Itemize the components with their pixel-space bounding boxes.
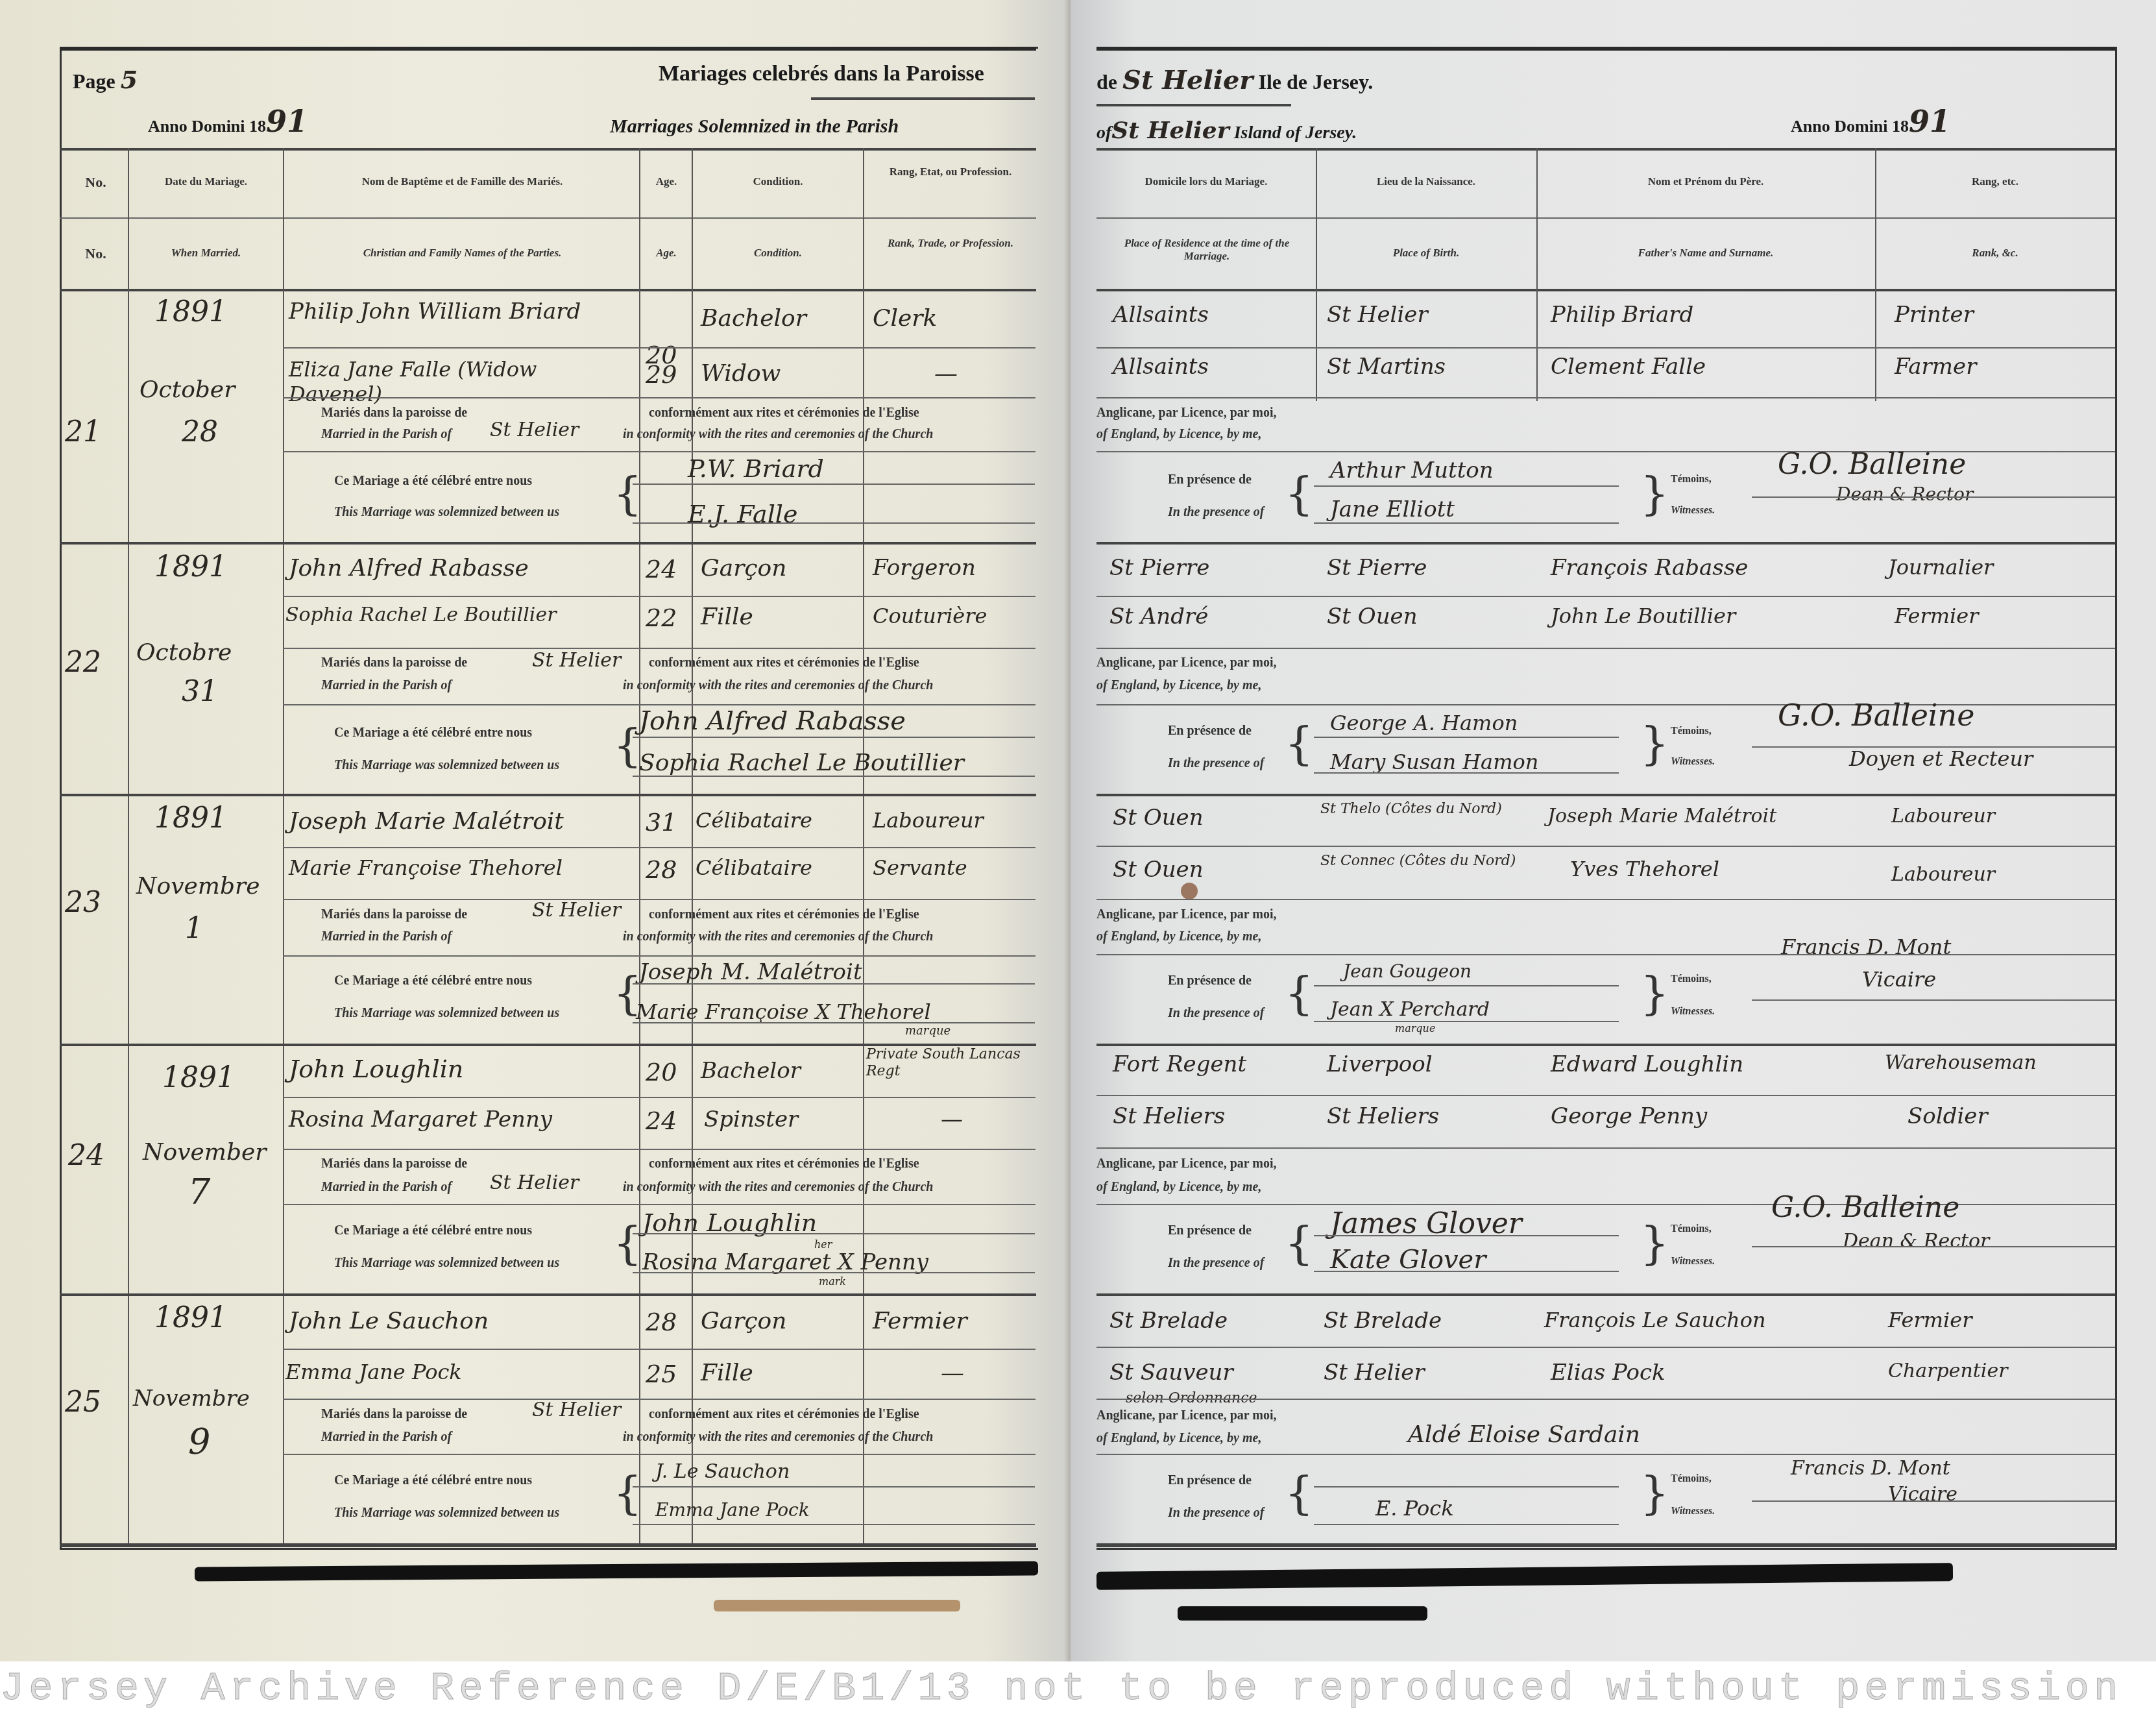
witnesses-label: Witnesses. [1671,505,1715,517]
witnesses-label: Witnesses. [1671,1256,1715,1267]
officiant-title: Dean & Rector [1836,484,1973,505]
sig-rule [1752,999,2115,1001]
brace: } [1640,467,1669,520]
row-rule [283,1097,1036,1098]
england-label: of England, by Licence, by me, [1096,1431,1261,1446]
anglicane-label: Anglicane, par Licence, par moi, [1096,1157,1277,1171]
page-number: 5 [121,65,138,94]
conformity-label: in conformity with the rites and ceremon… [623,427,933,442]
header-mid-rule [60,217,1036,219]
entry-number: 21 [65,415,101,448]
bride-residence: St Ouen [1113,857,1204,883]
right-page: de St Helier Ile de Jersey. ofSt Helier … [1071,0,2156,1661]
presence-fr-label: En présence de [1168,472,1252,487]
brace: { [613,719,642,772]
sig-rule [633,1272,1035,1273]
row-rule [1096,1347,2115,1348]
sig-rule [1314,737,1619,738]
row-rule [1096,1399,2115,1400]
entry-number: 24 [68,1139,104,1172]
sig-rule [1314,1486,1619,1488]
brace: } [1640,717,1669,770]
sig-rule [1314,1021,1619,1022]
header-rule [60,148,1036,151]
anglicane-label: Anglicane, par Licence, par moi, [1096,907,1277,922]
conformity-label: in conformity with the rites and ceremon… [623,1430,933,1445]
groom-profession: Forgeron [873,555,976,581]
entry-day: 28 [182,415,218,448]
col-header-condition-en: Condition. [693,247,863,260]
row-rule [1096,1147,2115,1149]
col-header-no-en: No. [65,245,127,262]
bride-mark-top-note: her [814,1238,832,1251]
title-en-left: Marriages Solemnized in the Parish [610,116,899,138]
solemnized-label: This Marriage was solemnized between us [334,1256,559,1271]
groom-signature: P.W. Briard [688,454,824,483]
celebre-label: Ce Mariage a été célébré entre nous [334,726,532,741]
groom-condition: Garçon [701,1308,786,1334]
entry-day: 1 [185,912,203,945]
bride-signature: Rosina Margaret X Penny [642,1249,928,1275]
row-rule [1096,846,2115,847]
sig-rule [1752,746,2115,748]
bride-residence: St Sauveur [1109,1360,1233,1386]
anno-domini-right: Anno Domini 1891 [1791,104,1950,139]
marriage-parish: St Helier [532,1399,621,1421]
col-header-age-en: Age. [641,247,692,260]
groom-birthplace: St Thelo (Côtes du Nord) [1320,802,1534,817]
celebre-label: Ce Mariage a été célébré entre nous [334,973,532,988]
sig-rule [1752,1246,2115,1247]
left-page: Page 5 Anno Domini 1891 Mariages celebré… [0,0,1071,1661]
sig-rule [633,484,1035,485]
conformity-label: in conformity with the rites and ceremon… [623,678,933,693]
marriage-parish: St Helier [532,649,621,672]
bride-signature: Sophia Rachel Le Boutillier [639,750,964,776]
maries-fr-label: Mariés dans la paroisse de [321,907,467,922]
groom-profession: Laboureur [873,808,984,833]
header-rule [1096,148,2115,151]
groom-profession: Fermier [873,1308,967,1334]
row-rule [283,1204,1036,1205]
bride-age: 24 [646,1107,677,1135]
row-rule [283,397,1036,398]
bride-age: 22 [646,604,677,632]
ink-strike [714,1600,960,1611]
groom-signature: John Alfred Rabasse [639,706,906,736]
row-rule [283,648,1036,649]
married-en-label: Married in the Parish of [321,1430,452,1445]
sig-rule [633,1233,1035,1234]
witness-2: Jane Elliott [1330,496,1455,522]
entry-day: 9 [188,1421,210,1462]
col-header-rank-fr: Rang, Etat, ou Profession. [866,165,1035,178]
entry-year: 1891 [154,802,227,835]
bride-profession: — [941,1107,963,1132]
bride-signature: Marie Françoise X Thehorel [636,999,931,1024]
entry-year: 1891 [154,550,227,583]
anno-domini-left: Anno Domini 1891 [148,104,308,139]
additional-signature: Aldé Eloise Sardain [1408,1421,1640,1448]
groom-profession: Clerk [873,305,937,332]
entry-year: 1891 [162,1061,235,1094]
row-rule [283,1399,1036,1400]
conformement-label: conformément aux rites et cérémonies de … [649,907,919,922]
title-fr-right: de St Helier Ile de Jersey. [1096,65,1373,95]
col-header-rank-en: Rank, Trade, or Profession. [866,237,1035,250]
entry-number: 22 [65,646,101,679]
temoins-label: Témoins, [1671,973,1712,985]
bride-mark-note: mark [819,1275,846,1288]
ink-stain [1181,883,1198,900]
bride-father-rank: Soldier [1908,1103,1988,1129]
presence-en-label: In the presence of [1168,1506,1264,1521]
row-rule [283,1349,1036,1350]
col-header-names-en: Christian and Family Names of the Partie… [285,247,639,260]
sig-rule [633,737,1035,738]
bride-profession: Servante [873,855,967,880]
row-rule [283,847,1036,848]
entry-year: 1891 [154,1301,227,1334]
entry-number: 23 [65,886,101,919]
entry-month: Octobre [136,639,232,666]
header-bottom-rule [60,289,1036,291]
groom-residence: St Brelade [1109,1308,1228,1334]
conformement-label: conformément aux rites et cérémonies de … [649,1407,919,1422]
anglicane-label: Anglicane, par Licence, par moi, [1096,1408,1277,1423]
row-rule [283,347,1036,349]
celebre-label: Ce Mariage a été célébré entre nous [334,1223,532,1238]
groom-father-rank: Warehouseman [1885,1051,2037,1074]
entry-day: 31 [182,675,218,708]
bride-age: 28 [646,855,677,884]
england-label: of England, by Licence, by me, [1096,1180,1261,1195]
row-rule [283,451,1036,452]
presence-en-label: In the presence of [1168,756,1264,771]
brace: } [1640,967,1669,1020]
groom-signature: J. Le Sauchon [655,1460,790,1483]
row-rule [283,704,1036,705]
bride-father-rank: Fermier [1895,604,1979,628]
conformement-label: conformément aux rites et cérémonies de … [649,406,919,421]
groom-birthplace: Liverpool [1327,1051,1433,1077]
married-en-label: Married in the Parish of [321,427,452,442]
england-label: of England, by Licence, by me, [1096,929,1261,944]
bride-condition: Fille [701,1360,753,1386]
entry-divider [1096,1293,2115,1296]
brace: } [1640,1217,1669,1270]
groom-father: François Rabasse [1551,555,1748,581]
entry-divider [1096,542,2115,545]
row-rule [1096,954,2115,955]
brace: { [613,1467,642,1520]
groom-birthplace: St Helier [1327,302,1428,328]
temoins-label: Témoins, [1671,474,1712,485]
title-en-right: ofSt Helier Island of Jersey. [1096,117,1357,144]
presence-fr-label: En présence de [1168,1223,1252,1238]
page-label: Page 5 [73,65,138,94]
solemnized-label: This Marriage was solemnized between us [334,1506,559,1521]
maries-fr-label: Mariés dans la paroisse de [321,655,467,670]
officiant-signature: G.O. Balleine [1778,698,1974,733]
brace: { [1285,467,1314,520]
presence-fr-label: En présence de [1168,973,1252,988]
entry-number: 25 [65,1386,101,1419]
groom-age: 31 [646,808,677,837]
temoins-label: Témoins, [1671,1223,1712,1235]
bride-birthplace: St Connec (Côtes du Nord) [1320,853,1534,869]
entry-month: Novembre [136,873,260,900]
presence-en-label: In the presence of [1168,1256,1264,1271]
bride-birthplace: St Heliers [1327,1103,1439,1129]
groom-age: 28 [646,1308,677,1336]
temoins-label: Témoins, [1671,726,1712,737]
sig-rule [633,1524,1035,1525]
sig-rule [633,1022,1035,1023]
bride-name: Marie Françoise Thehorel [289,855,563,880]
ink-strike [1096,1563,1953,1590]
conformement-label: conformément aux rites et cérémonies de … [649,655,919,670]
witnesses-label: Witnesses. [1671,756,1715,768]
witness-1: George A. Hamon [1330,711,1518,735]
entry-divider [60,542,1036,545]
col-header-residence-fr: Domicile lors du Mariage. [1098,175,1314,188]
witness-1: Arthur Mutton [1330,458,1494,484]
col-header-age-fr: Age. [641,175,692,188]
bride-condition: Widow [701,360,781,387]
marriage-parish: St Helier [532,899,621,922]
solemnized-label: This Marriage was solemnized between us [334,1006,559,1021]
row-rule [283,1454,1036,1455]
bride-birthplace: St Helier [1324,1360,1425,1386]
solemnized-label: This Marriage was solemnized between us [334,505,559,520]
entry-month: Novembre [133,1386,250,1412]
row-rule [1096,1095,2115,1096]
row-rule [1096,397,2115,398]
row-rule [1096,1454,2115,1455]
groom-profession: Private South Lancas Regt [866,1046,1035,1081]
marriage-parish: St Helier [490,1171,579,1194]
witness-mark-note: marque [1395,1022,1435,1035]
officiant-signature: Francis D. Mont [1791,1457,1950,1480]
bride-father: John Le Boutillier [1551,604,1736,628]
officiant-title: Doyen et Recteur [1849,746,2033,771]
bride-birthplace: St Martins [1327,354,1446,380]
row-rule [1096,648,2115,649]
col-header-rank-en: Rank, &c. [1876,247,2114,260]
bride-profession: Couturière [873,604,987,628]
col-header-date-en: When Married. [130,247,282,260]
conformity-label: in conformity with the rites and ceremon… [623,929,933,944]
maries-fr-label: Mariés dans la paroisse de [321,1157,467,1171]
groom-residence: Allsaints [1113,302,1209,328]
sig-rule [1314,985,1619,986]
bride-mark-note: marque [905,1024,951,1038]
bride-condition: Célibataire [696,855,812,880]
brace: { [1285,967,1314,1020]
title-rule [1096,104,1291,106]
sig-rule [1752,1500,2115,1502]
top-rule [60,47,1036,51]
officiant-title: Vicaire [1862,967,1936,992]
bride-condition: Fille [701,604,753,630]
maries-fr-label: Mariés dans la paroisse de [321,1407,467,1422]
england-label: of England, by Licence, by me, [1096,678,1261,693]
sig-rule [633,522,1035,524]
col-header-birthplace-en: Place of Birth. [1317,247,1535,260]
brace: { [1285,1217,1314,1270]
row-rule [283,899,1036,900]
groom-father: Edward Loughlin [1551,1051,1743,1077]
presence-en-label: In the presence of [1168,1006,1264,1021]
entry-divider [1096,1044,2115,1046]
sig-rule [1314,522,1619,524]
groom-father: Philip Briard [1551,302,1693,328]
witness-1: Jean Gougeon [1343,961,1472,982]
row-rule [283,596,1036,597]
bride-father: Clement Falle [1551,354,1706,380]
bride-name: Rosina Margaret Penny [289,1107,552,1132]
col-header-father-en: Father's Name and Surname. [1538,247,1874,260]
sig-rule [633,1486,1035,1488]
row-rule [1096,347,2115,349]
brace: } [1640,1467,1669,1520]
groom-age: 24 [646,555,677,583]
col-header-condition-fr: Condition. [693,175,863,188]
officiant-title: Dean & Rector [1843,1230,1989,1253]
groom-condition: Bachelor [701,1058,801,1084]
ink-strike [195,1561,1038,1581]
marriage-parish: St Helier [490,419,579,441]
groom-birthplace: St Pierre [1327,555,1427,581]
sig-rule [1314,1524,1619,1525]
ink-strike [1178,1606,1427,1621]
entry-day: 7 [188,1171,210,1212]
england-label: of England, by Licence, by me, [1096,427,1261,442]
bride-father-rank: Farmer [1895,354,1976,380]
title-rule [811,97,1035,100]
groom-residence: Fort Regent [1113,1051,1246,1077]
row-rule [283,1149,1036,1150]
entry-divider [60,794,1036,796]
brace: { [1285,1467,1314,1520]
anglicane-label: Anglicane, par Licence, par moi, [1096,406,1277,421]
bride-father: Elias Pock [1551,1360,1665,1386]
row-rule [1096,899,2115,900]
groom-father: Joseph Marie Malétroit [1547,805,1776,827]
groom-condition: Célibataire [696,808,812,833]
bottom-rule [60,1543,1036,1547]
row-rule [283,955,1036,957]
bride-birthplace: St Ouen [1327,604,1418,630]
row-rule [1096,596,2115,597]
sig-rule [1752,496,2115,498]
witness-2: Jean X Perchard [1330,998,1490,1021]
presence-en-label: In the presence of [1168,505,1264,520]
bottom-rule [1096,1543,2115,1547]
bride-father: Yves Thehorel [1570,857,1719,881]
col-header-residence-en: Place of Residence at the time of the Ma… [1116,237,1298,263]
presence-fr-label: En présence de [1168,724,1252,739]
bride-father: George Penny [1551,1103,1707,1129]
title-fr-left: Mariages celebrés dans la Paroisse [659,62,984,86]
groom-name: Joseph Marie Malétroit [289,808,564,835]
brace: { [613,1217,642,1270]
officiant-signature: G.O. Balleine [1771,1191,1959,1224]
groom-age: 20 [646,1058,677,1086]
brace: { [613,467,642,520]
bride-residence: St Heliers [1113,1103,1225,1129]
bride-age: 29 [646,360,677,389]
groom-name: John Loughlin [289,1055,463,1083]
groom-name: Philip John William Briard [289,299,626,324]
bride-name: Eliza Jane Falle (Widow Davenel) [289,357,633,406]
officiant-signature: Francis D. Mont [1781,935,1951,959]
bride-profession: — [941,1360,964,1386]
entry-divider [1096,794,2115,796]
married-en-label: Married in the Parish of [321,929,452,944]
bride-residence: Allsaints [1113,354,1209,380]
witness-2: E. Pock [1375,1496,1454,1521]
sig-rule [1314,1235,1619,1236]
officiant-title: Vicaire [1888,1483,1957,1506]
entry-month: November [143,1139,267,1166]
married-en-label: Married in the Parish of [321,1180,452,1195]
archive-watermark: Jersey Archive Reference D/E/B1/13 not t… [0,1663,2156,1714]
bride-profession: — [934,360,958,387]
col-header-father-fr: Nom et Prénom du Père. [1538,175,1874,188]
col-header-date-fr: Date du Mariage. [130,175,282,188]
sig-rule [1314,772,1619,774]
groom-father: François Le Sauchon [1544,1308,1766,1332]
row-rule [1096,1204,2115,1205]
parish-fr: St Helier [1122,65,1253,95]
celebre-label: Ce Mariage a été célébré entre nous [334,1473,532,1488]
bride-signature: Emma Jane Pock [655,1499,810,1521]
conformity-label: in conformity with the rites and ceremon… [623,1180,933,1195]
bride-condition: Spinster [704,1107,798,1132]
groom-father-rank: Fermier [1888,1308,1972,1332]
col-header-no-fr: No. [65,174,127,191]
sig-rule [1314,1271,1619,1272]
temoins-label: Témoins, [1671,1473,1712,1485]
groom-birthplace: St Brelade [1324,1308,1442,1334]
groom-residence: St Ouen [1113,805,1204,831]
groom-condition: Garçon [701,555,786,582]
maries-fr-label: Mariés dans la paroisse de [321,406,467,421]
groom-father-rank: Printer [1895,302,1974,328]
bride-father-rank: Laboureur [1891,863,1995,886]
witnesses-label: Witnesses. [1671,1006,1715,1018]
officiant-signature: G.O. Balleine [1778,448,1966,481]
entry-year: 1891 [154,295,227,328]
anglicane-label: Anglicane, par Licence, par moi, [1096,655,1277,670]
sig-rule [1314,485,1619,487]
groom-name: John Alfred Rabasse [289,555,529,582]
header-bottom-rule [1096,289,2115,291]
groom-name: John Le Sauchon [289,1308,489,1334]
groom-condition: Bachelor [701,305,806,332]
header-mid-rule [1096,217,2115,219]
witnesses-label: Witnesses. [1671,1506,1715,1517]
bride-residence: St André [1109,604,1208,630]
conformement-label: conformément aux rites et cérémonies de … [649,1157,919,1171]
top-rule [1096,47,2115,51]
entry-month: October [139,376,235,403]
bride-name: Sophia Rachel Le Boutillier [285,604,557,626]
solemnized-label: This Marriage was solemnized between us [334,758,559,773]
bride-name: Emma Jane Pock [285,1360,462,1384]
